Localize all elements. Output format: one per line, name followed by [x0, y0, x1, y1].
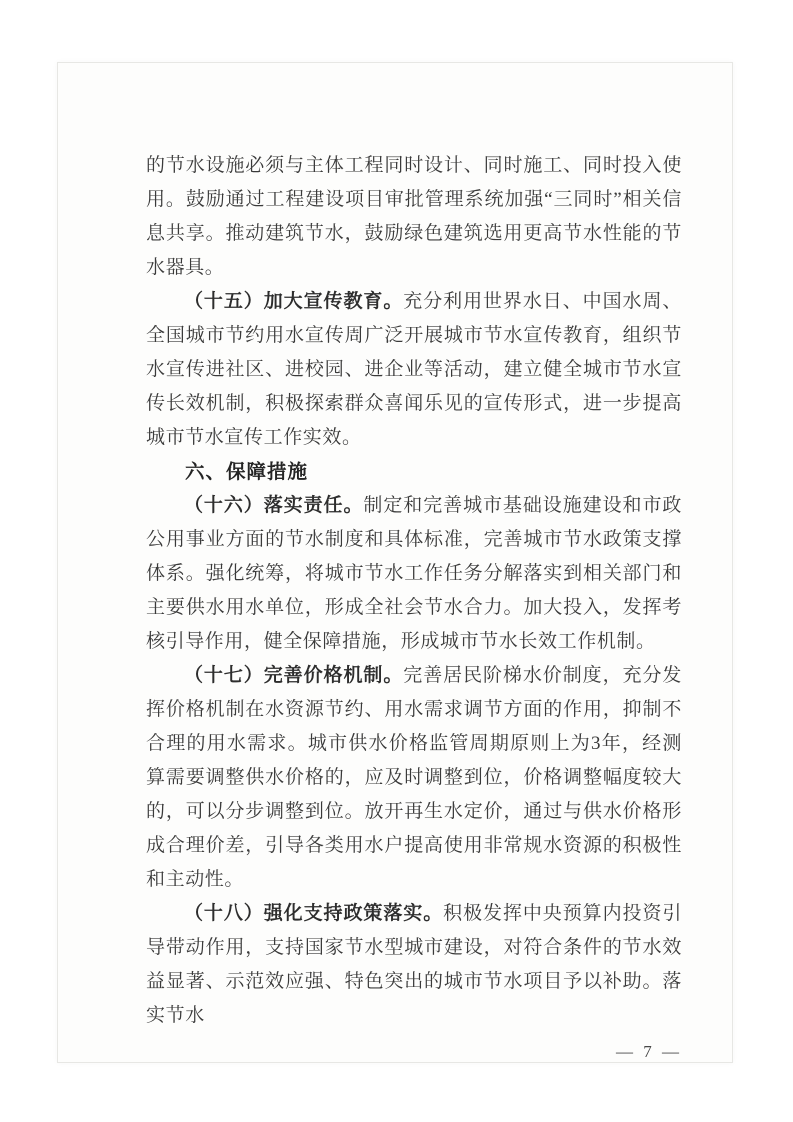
body-paragraph: （十五）加大宣传教育。充分利用世界水日、中国水周、全国城市节约用水宣传周广泛开展…	[146, 285, 682, 455]
paragraph-text: 的节水设施必须与主体工程同时设计、同时施工、同时投入使用。鼓励通过工程建设项目审…	[146, 155, 682, 278]
paragraph-lead: （十七）完善价格机制。	[184, 665, 403, 686]
paragraph-text: 充分利用世界水日、中国水周、全国城市节约用水宣传周广泛开展城市节水宣传教育，组织…	[146, 291, 682, 448]
paragraph-lead: （十八）强化支持政策落实。	[184, 903, 443, 924]
document-page: 的节水设施必须与主体工程同时设计、同时施工、同时投入使用。鼓励通过工程建设项目审…	[57, 62, 733, 1063]
paragraph-lead: （十六）落实责任。	[184, 495, 363, 516]
paragraph-text: 制定和完善城市基础设施建设和市政公用事业方面的节水制度和具体标准，完善城市节水政…	[146, 495, 682, 652]
body-paragraph: （十八）强化支持政策落实。积极发挥中央预算内投资引导带动作用，支持国家节水型城市…	[146, 897, 682, 1033]
body-paragraph: （十七）完善价格机制。完善居民阶梯水价制度，充分发挥价格机制在水资源节约、用水需…	[146, 659, 682, 897]
body-paragraph: 的节水设施必须与主体工程同时设计、同时施工、同时投入使用。鼓励通过工程建设项目审…	[146, 149, 682, 285]
section-heading: 六、保障措施	[146, 455, 682, 489]
body-paragraph: （十六）落实责任。制定和完善城市基础设施建设和市政公用事业方面的节水制度和具体标…	[146, 489, 682, 659]
paragraph-text: 完善居民阶梯水价制度，充分发挥价格机制在水资源节约、用水需求调节方面的作用，抑制…	[146, 665, 682, 890]
paragraph-lead: （十五）加大宣传教育。	[184, 291, 403, 312]
document-body: 的节水设施必须与主体工程同时设计、同时施工、同时投入使用。鼓励通过工程建设项目审…	[58, 63, 732, 1069]
page-number: — 7 —	[146, 1035, 682, 1069]
